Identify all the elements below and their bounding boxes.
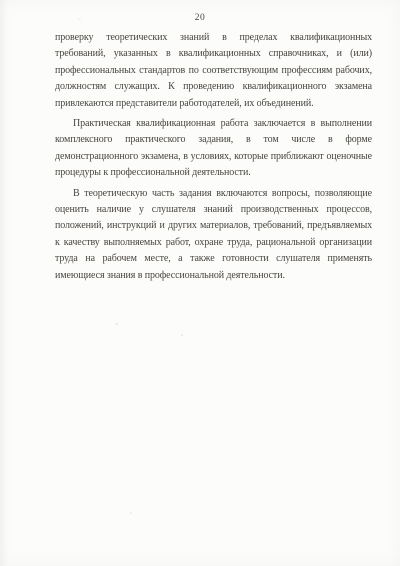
paragraph-practical-work: Практическая квалификационная работа зак… [55,116,372,182]
scan-speck [130,512,132,514]
scan-speck [115,323,118,325]
scanned-document-page: 20 проверку теоретических знаний в преде… [0,0,400,566]
scan-speck [181,334,183,336]
scan-speck [78,18,81,20]
scan-edge-shadow [0,0,7,566]
paragraph-theoretical-part: В теоретическую часть задания включаются… [55,186,372,284]
paragraph-continuation: проверку теоретических знаний в пределах… [55,30,372,112]
document-text-block: проверку теоретических знаний в пределах… [55,30,372,288]
page-number: 20 [0,13,400,23]
